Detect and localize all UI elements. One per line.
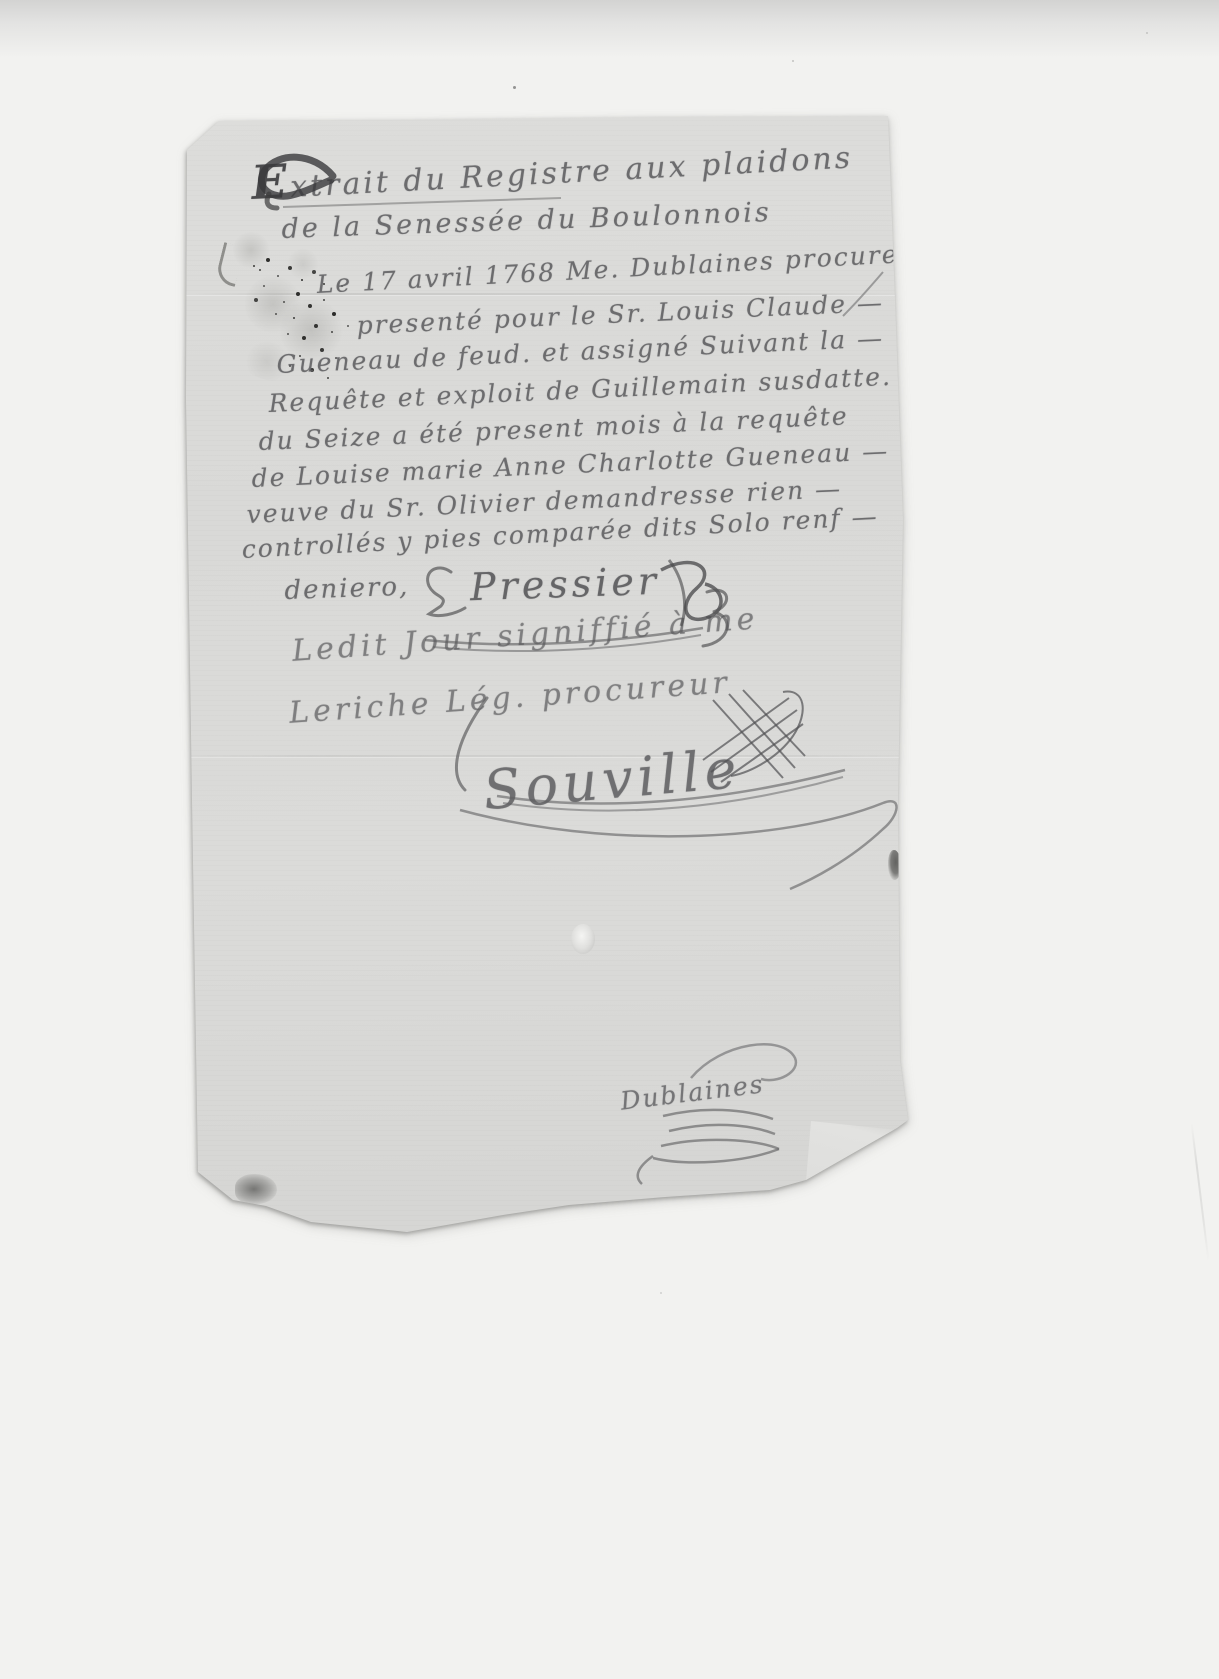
signature-pressier: Pressier: [469, 559, 660, 610]
paper-sheet: Extrait du Registre aux plaidonsde la Se…: [183, 100, 913, 1240]
dust-speck: [660, 1292, 662, 1294]
dust-speck: [792, 60, 794, 62]
scanner-edge-shade: [0, 0, 1219, 58]
manuscript-line: deniero,: [284, 572, 410, 606]
corner-ink-blob: [235, 1174, 277, 1204]
paper-dent: [571, 924, 595, 954]
edge-smudge: [888, 850, 901, 880]
ink-speckles: [253, 265, 255, 267]
dust-speck: [513, 86, 516, 89]
paper-sheet-wrapper: Extrait du Registre aux plaidonsde la Se…: [183, 100, 913, 1240]
background-scratch: [1190, 1122, 1209, 1261]
scanned-document-background: Extrait du Registre aux plaidonsde la Se…: [0, 0, 1219, 1679]
dust-speck: [1146, 32, 1148, 34]
